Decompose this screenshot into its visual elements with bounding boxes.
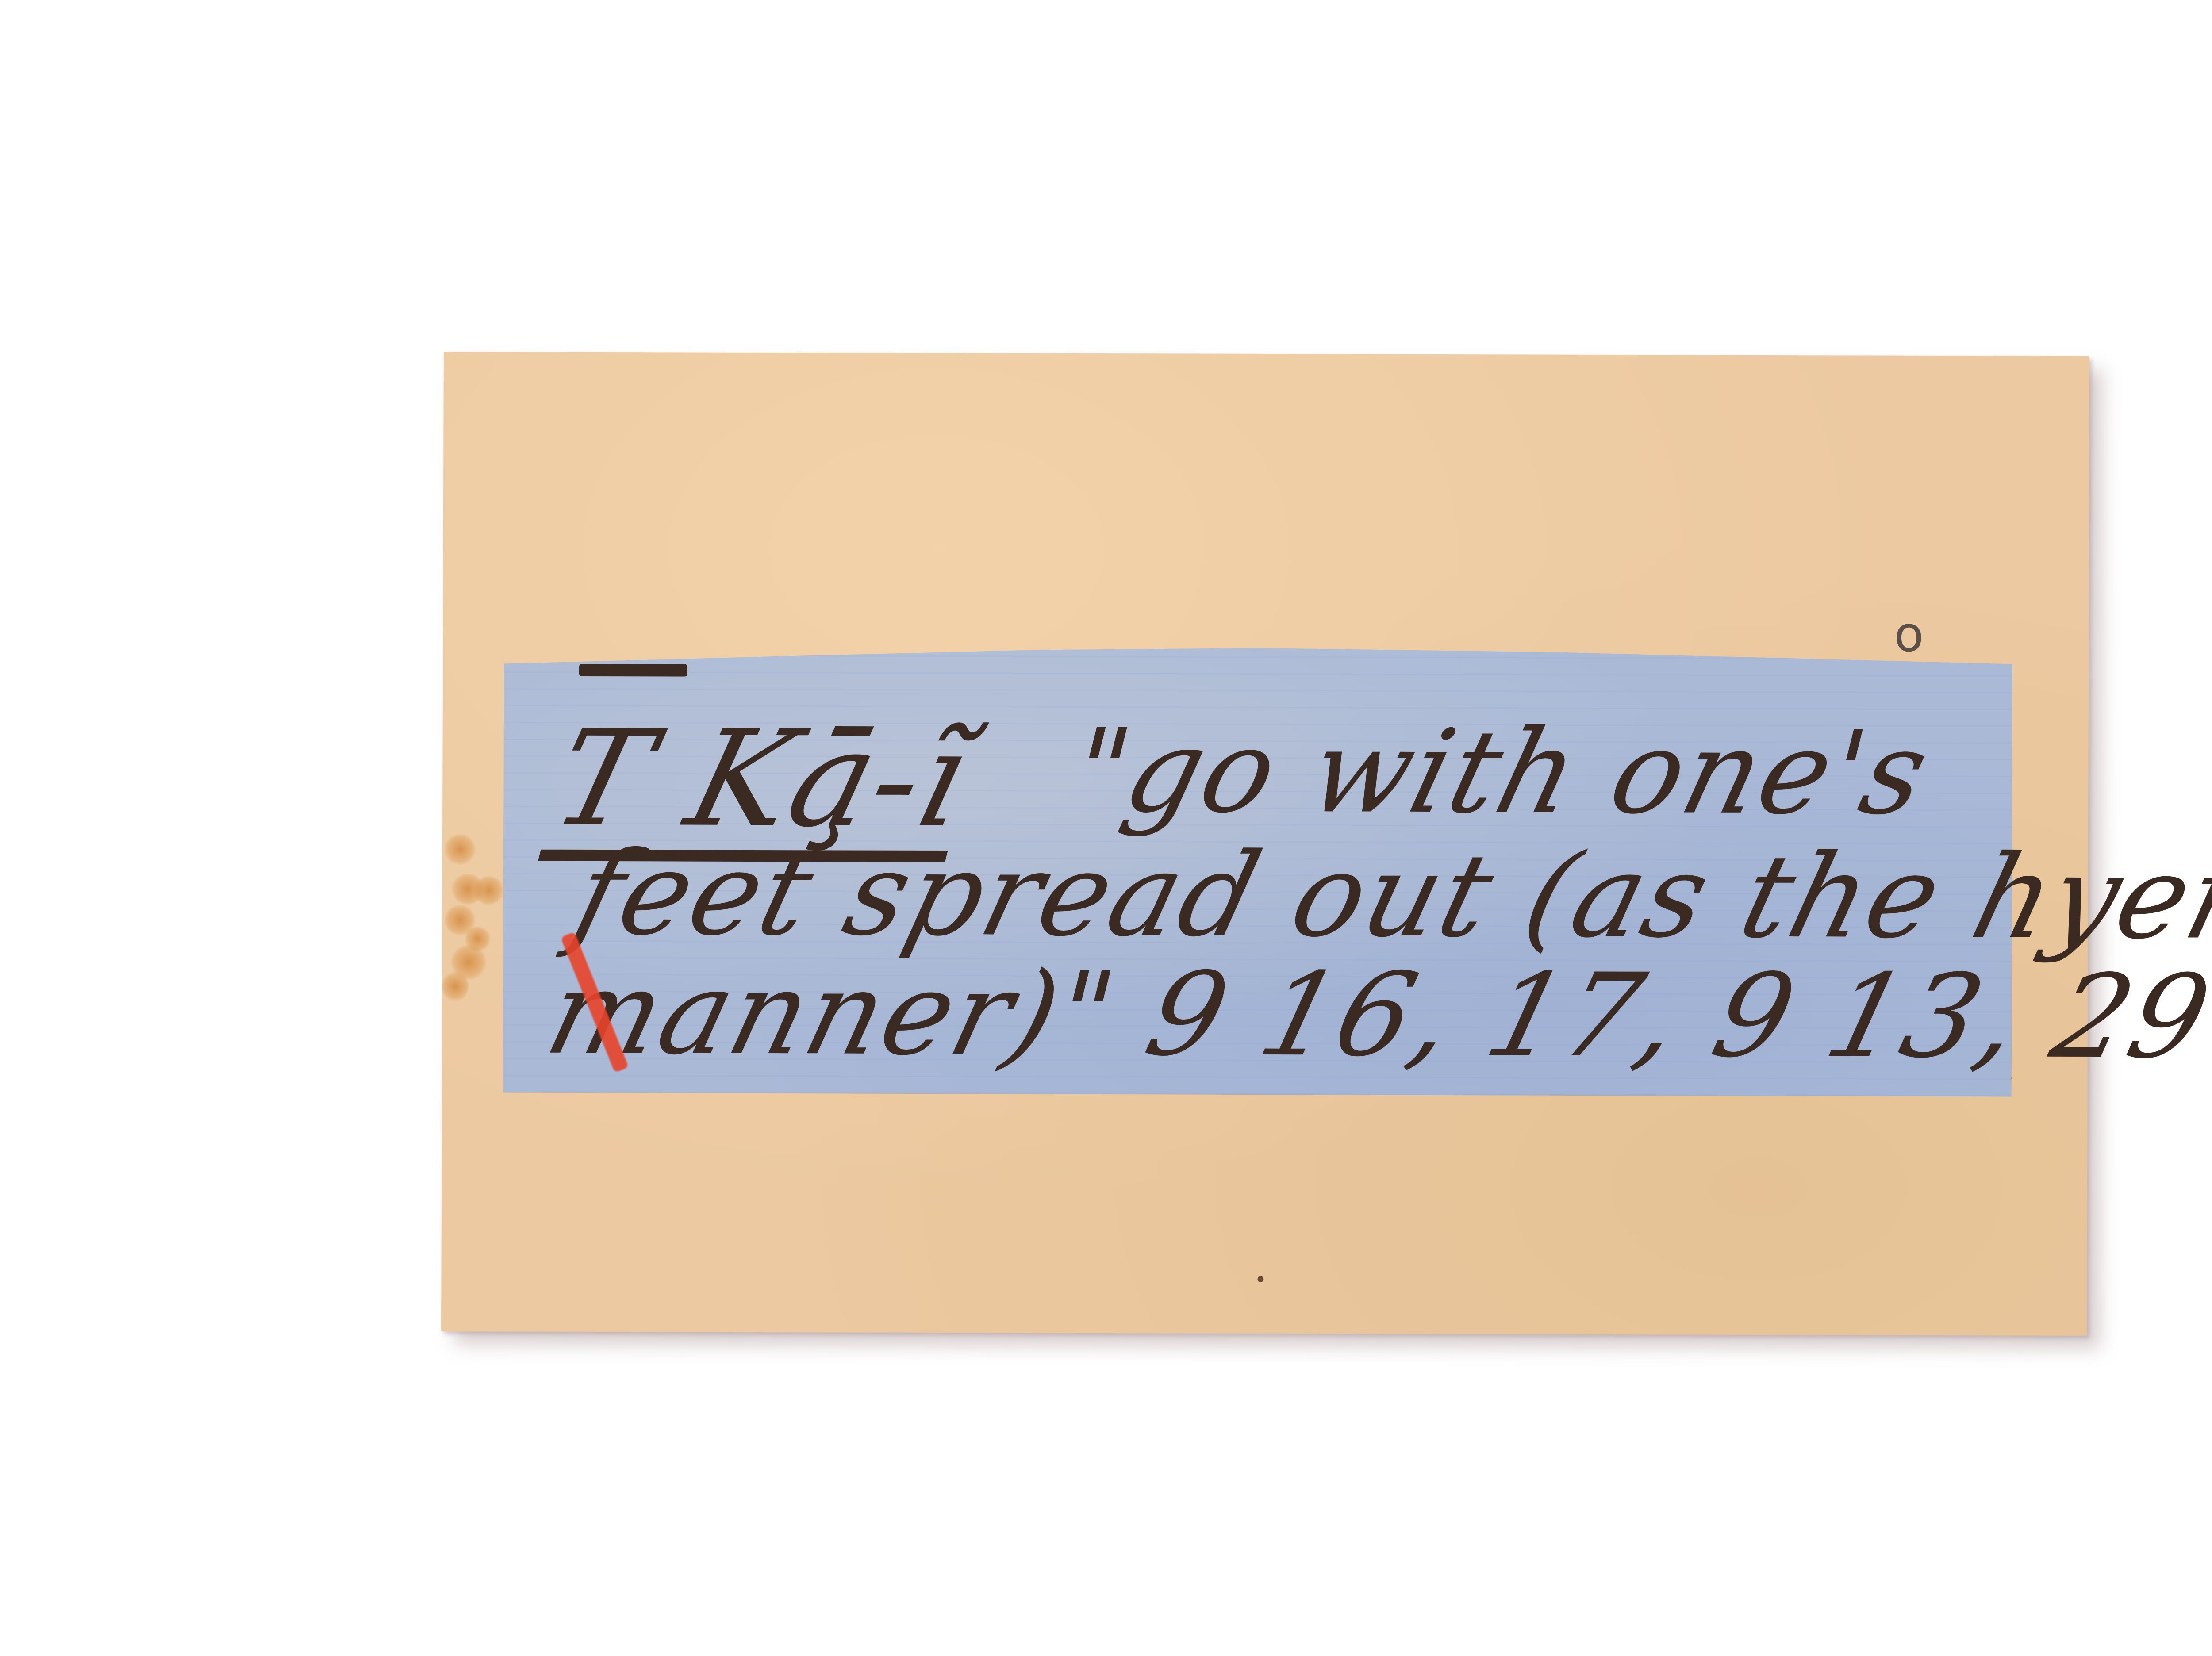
definition-line-1: "go with one's — [1060, 714, 1940, 831]
dash-mark — [579, 664, 687, 677]
foxing-stain — [442, 971, 469, 1002]
foxing-stain — [473, 876, 504, 905]
slip-text-layer: T Kā̧-ĩ "go with one's feet spread out (… — [503, 646, 2013, 1096]
foxing-stain — [445, 834, 476, 865]
paper-speck — [1257, 1276, 1263, 1282]
archival-card: o T Kā̧-ĩ "go with one's feet spread out… — [441, 352, 2089, 1336]
definition-line-3: manner)" 9 16, 17, 9 13, 29 — [537, 956, 2212, 1075]
definition-line-2: feet spread out (as the hyena — [564, 836, 2212, 956]
